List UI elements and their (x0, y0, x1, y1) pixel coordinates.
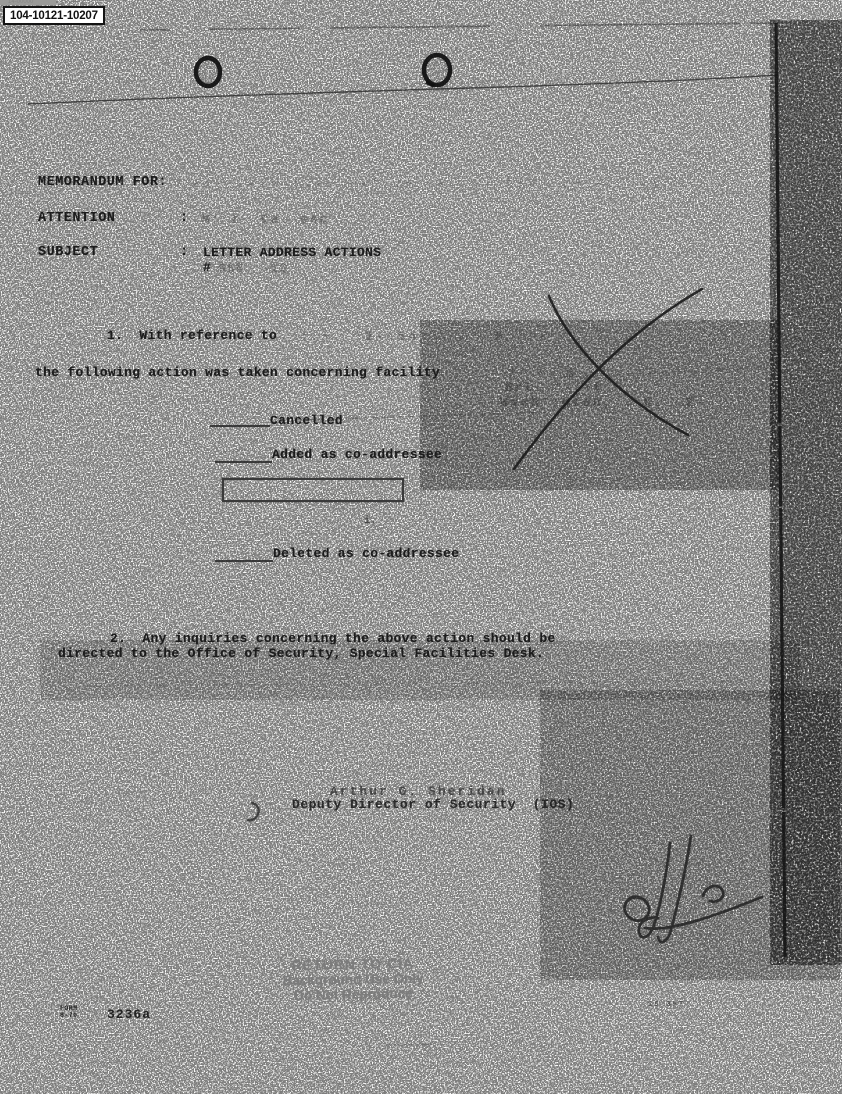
added-line-marks: · :: (222, 447, 247, 461)
attention-value: M: r Ca. ese (202, 213, 329, 227)
scanned-memo-page: 14-00000 104-10121-10207 MEMORANDUM FOR:… (0, 0, 842, 1094)
added-line (215, 461, 272, 463)
attention-colon: : (180, 212, 189, 226)
deleted-label: Deleted as co-addressee (273, 547, 459, 561)
archive-number-box: 104-10121-10207 (3, 6, 105, 25)
stamp-line-2: Background Use Only (265, 970, 441, 988)
faint-doc-number: 15-357 (648, 1001, 685, 1009)
subject-number: 656 -12 (218, 262, 288, 276)
cancelled-label: Cancelled (270, 414, 343, 428)
hole-punch-mark (424, 55, 450, 85)
para1-smudge: ·. :.~ '2-:54 ·: 6 : · (268, 330, 549, 344)
handwritten-initials (625, 836, 762, 942)
memo-for-smudge: -:· .--~ :.-- ~-' :~ .- -· ':- .~ -. ·; (192, 177, 662, 191)
para2-line2: directed to the Office of Security, Spec… (58, 647, 544, 661)
hole-punch-mark (196, 58, 220, 86)
para1-line2: the following action was taken concernin… (35, 366, 440, 380)
bottom-dash-mark (386, 1044, 432, 1045)
form-label: FORM (60, 1005, 78, 1012)
para2-line1: 2. Any inquiries concerning the above ac… (110, 632, 556, 646)
address-line-2: Wash';gton, . C. 2· (500, 396, 706, 410)
bracket-mark (248, 803, 259, 820)
facility-smudge: ·?· ~ B·` (498, 367, 596, 381)
added-label: Added as co-addressee (272, 448, 442, 462)
fill-in-box (222, 478, 404, 502)
form-number: 8-70 (60, 1012, 78, 1019)
scan-line (28, 75, 778, 104)
attention-label: ATTENTION (38, 212, 115, 226)
deleted-line (215, 560, 273, 562)
hole-punch-tail (426, 82, 434, 86)
subject-label: SUBJECT (38, 246, 98, 260)
subject-value: LETTER ADDRESS ACTIONS (203, 246, 381, 260)
cancelled-line (210, 425, 270, 427)
return-to-cia-stamp: RETURN TO CIA Background Use Only Do Not… (265, 955, 442, 1003)
subject-number-hash: # (203, 261, 211, 275)
form-code: 3236a (107, 1007, 151, 1022)
para1-line1: 1. With reference to (107, 329, 277, 343)
top-faint-number: 14-00000 (8, 0, 33, 5)
signature-title: Deputy Director of Security (IOS) (292, 798, 574, 812)
address-line-1: Brt·.'·;~t (505, 381, 603, 395)
bottom-squiggle-mark (688, 1034, 768, 1039)
stray-mark: i. (364, 515, 377, 529)
stamp-line-3: Do Not Reproduce (265, 985, 441, 1003)
page-edge-top (140, 23, 778, 30)
subject-colon: : (180, 246, 189, 260)
memo-for-label: MEMORANDUM FOR: (38, 176, 167, 190)
form-number-block: FORM 8-70 3236a (60, 1005, 78, 1019)
page-edge-right (776, 23, 785, 957)
noise-streak (48, 681, 770, 686)
